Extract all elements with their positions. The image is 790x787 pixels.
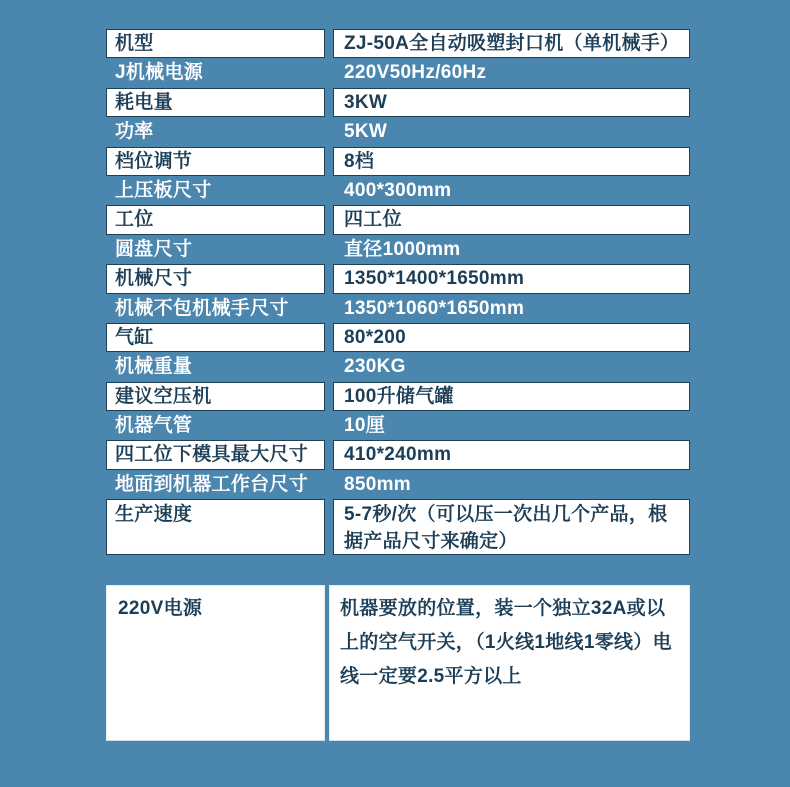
table-row: 机器气管10厘: [106, 411, 690, 440]
row-value: 1350*1400*1650mm: [333, 264, 690, 293]
column-divider: [325, 352, 333, 381]
row-label: 机型: [106, 29, 325, 58]
row-label: 档位调节: [106, 147, 325, 176]
table-row: 功率5KW: [106, 117, 690, 146]
table-row: J机械电源220V50Hz/60Hz: [106, 58, 690, 87]
row-value: 8档: [333, 147, 690, 176]
table-row: 气缸80*200: [106, 323, 690, 352]
column-divider: [325, 264, 333, 293]
row-value: 1350*1060*1650mm: [333, 294, 690, 323]
table-row: 建议空压机100升储气罐: [106, 382, 690, 411]
row-label: 气缸: [106, 323, 325, 352]
column-divider: [325, 470, 333, 499]
table-row: 耗电量3KW: [106, 88, 690, 117]
row-label: 上压板尺寸: [106, 176, 325, 205]
row-value: 850mm: [333, 470, 690, 499]
column-divider: [325, 205, 333, 234]
table-row: 工位四工位: [106, 205, 690, 234]
column-divider: [325, 323, 333, 352]
column-divider: [325, 294, 333, 323]
table-row: 四工位下模具最大尺寸410*240mm: [106, 440, 690, 469]
row-label: 四工位下模具最大尺寸: [106, 440, 325, 469]
row-value: 5KW: [333, 117, 690, 146]
column-divider: [325, 440, 333, 469]
row-value: 3KW: [333, 88, 690, 117]
column-divider: [325, 235, 333, 264]
row-value: 410*240mm: [333, 440, 690, 469]
row-label: 建议空压机: [106, 382, 325, 411]
spec-table: 机型ZJ-50A全自动吸塑封口机（单机械手）J机械电源220V50Hz/60Hz…: [106, 29, 690, 555]
row-value: 直径1000mm: [333, 235, 690, 264]
row-label: 地面到机器工作台尺寸: [106, 470, 325, 499]
power-note-block: 220V电源 机器要放的位置，装一个独立32A或以上的空气开关，（1火线1地线1…: [106, 585, 690, 741]
row-label: J机械电源: [106, 58, 325, 87]
table-row: 档位调节8档: [106, 147, 690, 176]
column-divider: [325, 58, 333, 87]
column-divider: [325, 117, 333, 146]
row-value: 5-7秒/次（可以压一次出几个产品，根据产品尺寸来确定）: [333, 499, 690, 555]
row-label: 机械尺寸: [106, 264, 325, 293]
power-note-label: 220V电源: [106, 585, 325, 741]
table-row: 机型ZJ-50A全自动吸塑封口机（单机械手）: [106, 29, 690, 58]
column-divider: [325, 147, 333, 176]
row-label: 生产速度: [106, 499, 325, 555]
table-row: 圆盘尺寸直径1000mm: [106, 235, 690, 264]
table-row: 机械不包机械手尺寸1350*1060*1650mm: [106, 294, 690, 323]
row-label: 耗电量: [106, 88, 325, 117]
table-row: 地面到机器工作台尺寸850mm: [106, 470, 690, 499]
column-divider: [325, 411, 333, 440]
row-label: 工位: [106, 205, 325, 234]
row-value: 400*300mm: [333, 176, 690, 205]
row-value: 80*200: [333, 323, 690, 352]
column-divider: [325, 176, 333, 205]
row-value: 四工位: [333, 205, 690, 234]
row-value: 230KG: [333, 352, 690, 381]
column-divider: [325, 499, 333, 555]
table-row: 机械重量230KG: [106, 352, 690, 381]
row-label: 机器气管: [106, 411, 325, 440]
column-divider: [325, 88, 333, 117]
table-row: 机械尺寸1350*1400*1650mm: [106, 264, 690, 293]
row-label: 功率: [106, 117, 325, 146]
row-value: ZJ-50A全自动吸塑封口机（单机械手）: [333, 29, 690, 58]
column-divider: [325, 382, 333, 411]
table-row: 生产速度5-7秒/次（可以压一次出几个产品，根据产品尺寸来确定）: [106, 499, 690, 555]
row-value: 10厘: [333, 411, 690, 440]
row-value: 100升储气罐: [333, 382, 690, 411]
table-row: 上压板尺寸400*300mm: [106, 176, 690, 205]
column-divider: [325, 29, 333, 58]
row-label: 圆盘尺寸: [106, 235, 325, 264]
row-label: 机械不包机械手尺寸: [106, 294, 325, 323]
row-value: 220V50Hz/60Hz: [333, 58, 690, 87]
power-note-value: 机器要放的位置，装一个独立32A或以上的空气开关，（1火线1地线1零线）电线一定…: [329, 585, 690, 741]
row-label: 机械重量: [106, 352, 325, 381]
page: 机型ZJ-50A全自动吸塑封口机（单机械手）J机械电源220V50Hz/60Hz…: [0, 0, 790, 787]
